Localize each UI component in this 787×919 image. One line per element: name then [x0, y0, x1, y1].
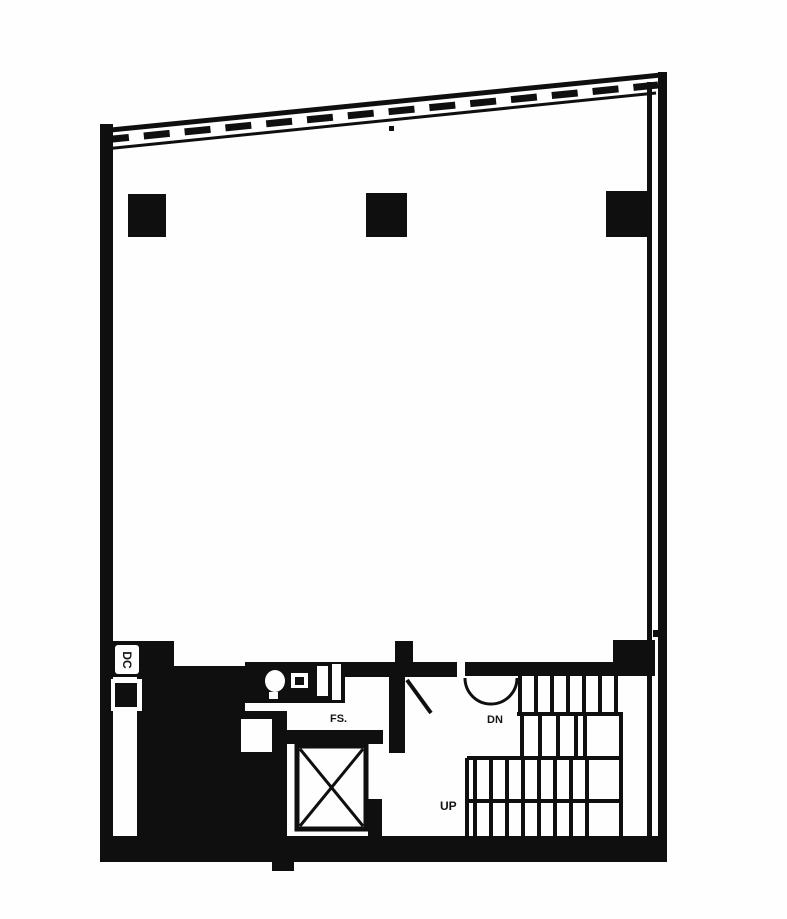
scan-speck-bottom: [272, 858, 294, 871]
elevator-lobby-wall: [287, 730, 383, 744]
right-wall-inner: [647, 82, 652, 836]
fixture-fill: [115, 683, 137, 707]
fan-shaft-label: FS.: [330, 713, 347, 725]
stair-treads-upper: [520, 676, 616, 714]
floor-plan-page: DC FS.: [0, 0, 787, 919]
stair-treads-lower: [475, 758, 587, 836]
duct-label-box: DC: [112, 641, 174, 677]
stair-left-wall: [389, 677, 405, 753]
stair-corner-block: [613, 640, 655, 667]
top-wall-fill-dashes: [103, 85, 658, 140]
duct-box-label: DC: [120, 651, 134, 669]
shaft-slot-cutout-right: [332, 664, 341, 700]
column-marker-center: [366, 193, 407, 237]
scan-speck-top: [389, 126, 394, 131]
door-swing-arc: [465, 678, 517, 704]
lobby-stair-partition: [389, 677, 431, 753]
lobby-wall-block: [245, 641, 457, 703]
door-leaf-cutout: [265, 670, 285, 692]
door-leaf-cutout-tick: [269, 692, 278, 699]
lobby-door-leaf: [407, 680, 431, 713]
right-wall-outer: [658, 72, 667, 862]
stairwell: [465, 640, 655, 836]
scan-speck-right: [653, 630, 661, 637]
core-white-notch: [241, 719, 272, 752]
column-marker-right: [606, 191, 647, 237]
closet-cutout-mark: [295, 677, 304, 685]
elevator: [287, 730, 383, 836]
shaft-slot-cutout-left: [317, 666, 328, 696]
stair-up-label: UP: [440, 799, 457, 813]
floor-plan-drawing: DC FS.: [0, 0, 787, 919]
wall-fixture-box: [111, 679, 142, 711]
stair-down-label: DN: [487, 714, 503, 726]
stair-treads-middle: [522, 714, 576, 758]
left-wall: [100, 124, 113, 862]
columns: [128, 191, 647, 237]
bottom-wall: [100, 836, 667, 862]
elevator-side-wall-stub: [368, 799, 382, 836]
wall-pier-stub: [395, 641, 413, 665]
column-marker-left: [128, 194, 166, 237]
top-wall-outer-line: [101, 75, 661, 131]
